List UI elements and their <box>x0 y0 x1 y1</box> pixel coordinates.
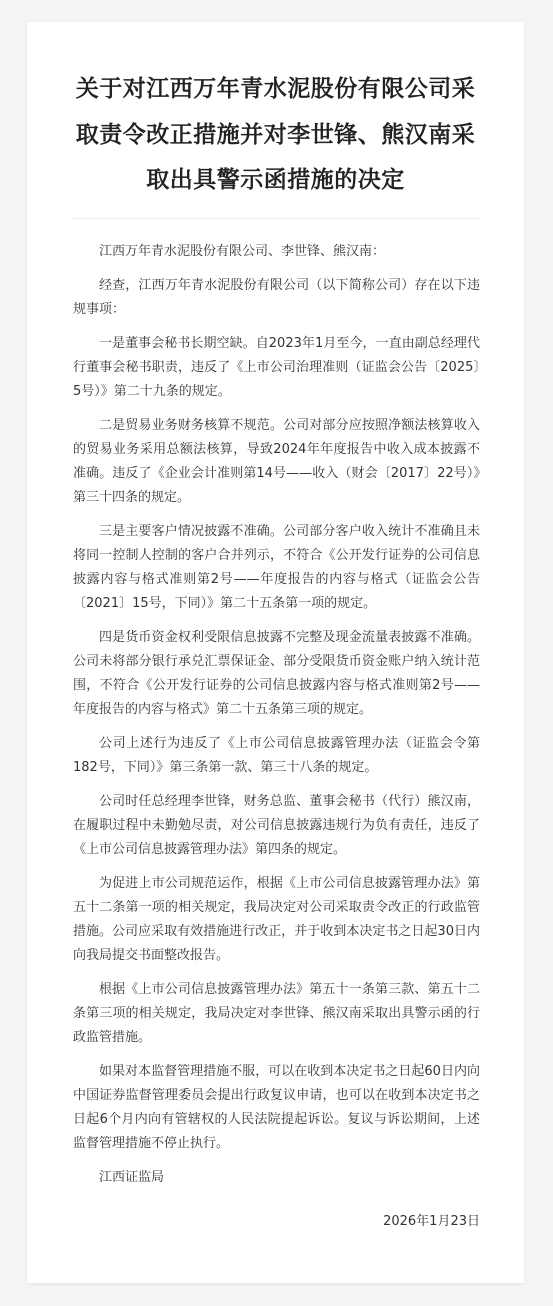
signature: 江西证监局 <box>73 1166 480 1190</box>
paragraph-intro: 经查，江西万年青水泥股份有限公司（以下简称公司）存在以下违规事项： <box>73 274 480 322</box>
document-body: 江西万年青水泥股份有限公司、李世锋、熊汉南： 经查，江西万年青水泥股份有限公司（… <box>73 240 480 1190</box>
paragraph-responsible-persons: 公司时任总经理李世锋，财务总监、董事会秘书（代行）熊汉南，在履职过程中未勤勉尽责… <box>73 790 480 862</box>
addressee: 江西万年青水泥股份有限公司、李世锋、熊汉南： <box>73 240 480 264</box>
paragraph-violation-2: 二是贸易业务财务核算不规范。公司对部分应按照净额法核算收入的贸易业务采用总额法核… <box>73 414 480 510</box>
paragraph-violation-3: 三是主要客户情况披露不准确。公司部分客户收入统计不准确且未将同一控制人控制的客户… <box>73 520 480 616</box>
paragraph-violation-1: 一是董事会秘书长期空缺。自2023年1月至今，一直由副总经理代行董事会秘书职责，… <box>73 332 480 404</box>
paragraph-corrective-measure: 为促进上市公司规范运作，根据《上市公司信息披露管理办法》第五十二条第一项的相关规… <box>73 872 480 968</box>
document-title: 关于对江西万年青水泥股份有限公司采取责令改正措施并对李世锋、熊汉南采取出具警示函… <box>72 67 479 204</box>
paragraph-company-violation: 公司上述行为违反了《上市公司信息披露管理办法（证监会令第182号，下同）》第三条… <box>73 732 480 780</box>
paragraph-appeal-rights: 如果对本监督管理措施不服，可以在收到本决定书之日起60日内向中国证券监督管理委员… <box>73 1060 480 1156</box>
paragraph-warning-letter: 根据《上市公司信息披露管理办法》第五十一条第三款、第五十二条第三项的相关规定，我… <box>73 978 480 1050</box>
paragraph-violation-4: 四是货币资金权利受限信息披露不完整及现金流量表披露不准确。公司未将部分银行承兑汇… <box>73 626 480 722</box>
document-date: 2026年1月23日 <box>27 1210 480 1234</box>
document-card: 关于对江西万年青水泥股份有限公司采取责令改正措施并对李世锋、熊汉南采取出具警示函… <box>27 22 524 1283</box>
title-divider <box>72 218 479 219</box>
